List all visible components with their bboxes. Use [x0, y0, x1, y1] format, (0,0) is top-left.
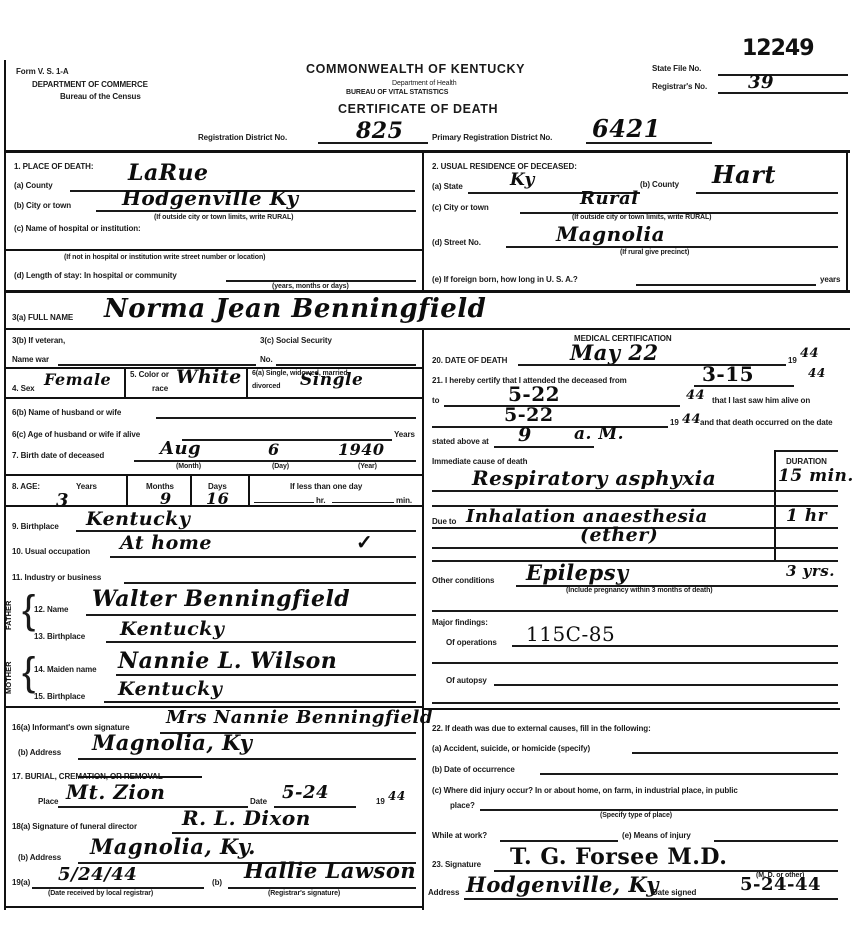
race-label: race	[152, 384, 168, 393]
registrar-signature: Hallie Lawson	[244, 858, 416, 883]
min-line	[332, 502, 394, 503]
date-signed-value: 5-24-44	[740, 874, 821, 895]
birth-date-line	[134, 460, 416, 462]
burial-year-value: 44	[388, 789, 406, 803]
cause-label: Immediate cause of death	[432, 457, 527, 466]
last-saw-year-prefix: 19	[670, 418, 679, 427]
sex-value: Female	[44, 370, 111, 389]
attend-to-line	[444, 405, 680, 407]
res-county-label: (b) County	[640, 180, 679, 189]
dept-commerce: DEPARTMENT OF COMMERCE	[32, 80, 148, 89]
operations-label: Of operations	[446, 638, 497, 647]
marital-label-2: divorced	[252, 383, 280, 390]
mother-name-line	[116, 674, 416, 676]
where-label: (c) Where did injury occur? In or about …	[432, 786, 738, 795]
center-divider-lower	[422, 330, 424, 910]
due-line-3	[432, 560, 838, 562]
hr-line	[254, 502, 314, 503]
reg-district-value: 825	[356, 118, 403, 144]
state-file-line	[718, 74, 848, 76]
attend-from-year: 44	[808, 366, 826, 380]
registrar-no-line	[718, 92, 848, 94]
father-birth-line	[106, 641, 416, 643]
attend-to-value: 5-22	[508, 382, 560, 406]
sex-divider	[124, 368, 126, 398]
full-name-label: 3(a) FULL NAME	[12, 313, 73, 322]
due-duration: 1 hr	[786, 506, 827, 526]
last-saw-line	[432, 426, 668, 428]
residence-heading: 2. USUAL RESIDENCE OF DECEASED:	[432, 162, 577, 171]
other-label: Other conditions	[432, 576, 494, 585]
informant-addr-label: (b) Address	[18, 748, 61, 757]
due-label: Due to	[432, 517, 456, 526]
other-note: (Include pregnancy within 3 months of de…	[566, 587, 713, 594]
bottom-rule	[4, 906, 424, 908]
spouse-line	[156, 417, 416, 419]
director-addr-value: Magnolia, Ky.	[90, 834, 256, 859]
physician-addr-line	[464, 898, 838, 900]
full-name-value: Norma Jean Benningfield	[104, 294, 486, 324]
occurrence-label: (b) Date of occurrence	[432, 765, 515, 774]
other-bottom-line	[432, 610, 838, 612]
father-birth-label: 13. Birthplace	[34, 632, 85, 641]
means-line	[714, 840, 838, 842]
res-street-label: (d) Street No.	[432, 238, 481, 247]
director-signature: R. L. Dixon	[182, 806, 311, 830]
operations-line	[512, 645, 838, 647]
ss-no-line	[276, 364, 416, 366]
age-div-2	[190, 475, 192, 505]
autopsy-label: Of autopsy	[446, 676, 487, 685]
burial-date-label: Date	[250, 797, 267, 806]
birth-month: Aug	[160, 438, 201, 459]
res-street-line	[506, 246, 838, 248]
primary-reg-label: Primary Registration District No.	[432, 133, 552, 142]
external-heading: 22. If death was due to external causes,…	[432, 724, 651, 733]
registrar-no-value: 39	[748, 72, 774, 93]
date-signed-label: Date signed	[652, 888, 696, 897]
accident-label: (a) Accident, suicide, or homicide (spec…	[432, 744, 590, 753]
occupation-line	[110, 556, 416, 558]
due-extra: (ether)	[580, 524, 658, 546]
res-street-note: (If rural give precinct)	[620, 249, 689, 256]
medical-bottom-rule	[424, 708, 840, 710]
hospital-note: (If not in hospital or institution write…	[64, 254, 265, 261]
reg-district-label: Registration District No.	[198, 133, 287, 142]
place-label: place?	[450, 801, 475, 810]
other-duration: 3 yrs.	[786, 562, 835, 580]
death-city-value: Hodgenville Ky	[122, 186, 299, 210]
attend-to-year: 44	[686, 388, 705, 403]
min-label: min.	[396, 496, 412, 505]
duration-label: DURATION	[786, 457, 827, 466]
left-border	[4, 60, 6, 910]
death-county-label: (a) County	[14, 181, 53, 190]
registrar-sig-label: (b)	[212, 878, 222, 887]
section-rule-3	[4, 290, 850, 293]
findings-label: Major findings:	[432, 618, 488, 627]
physician-addr-value: Hodgenville, Ky	[466, 872, 659, 897]
received-note: (Date received by local registrar)	[48, 890, 153, 897]
foreign-line	[636, 284, 816, 286]
father-name-label: 12. Name	[34, 605, 68, 614]
hospital-label: (c) Name of hospital or institution:	[14, 224, 141, 233]
last-saw-label: that I last saw him alive on	[712, 396, 810, 405]
mother-birth-value: Kentucky	[118, 678, 222, 700]
death-city-label: (b) City or town	[14, 201, 71, 210]
dept-health: Department of Health	[392, 80, 457, 87]
to-label: to	[432, 396, 439, 405]
res-state-value: Ky	[510, 170, 535, 190]
burial-place-label: Place	[38, 797, 58, 806]
ss-label: 3(c) Social Security	[260, 336, 332, 345]
spouse-age-unit: Years	[394, 430, 415, 439]
res-city-label: (c) City or town	[432, 203, 489, 212]
stay-label: (d) Length of stay: In hospital or commu…	[14, 271, 177, 280]
industry-label: 11. Industry or business	[12, 573, 101, 582]
place-death-heading: 1. PLACE OF DEATH:	[14, 162, 93, 171]
primary-reg-line	[586, 142, 712, 144]
cremation-strike	[78, 776, 202, 778]
form-number: Form V. S. 1-A	[16, 67, 69, 76]
race-divider	[246, 368, 248, 398]
attend-from-line	[694, 385, 794, 387]
name-war-label: Name war	[12, 355, 49, 364]
bureau-census: Bureau of the Census	[60, 92, 141, 101]
death-year-value: 44	[800, 346, 819, 361]
reg-district-line	[318, 142, 428, 144]
work-line	[500, 840, 618, 842]
primary-reg-value: 6421	[592, 114, 661, 143]
center-divider	[422, 152, 424, 292]
death-county-value: LaRue	[128, 160, 209, 186]
day-note: (Day)	[272, 463, 289, 470]
director-label: 18(a) Signature of funeral director	[12, 822, 137, 831]
top-thick-rule	[4, 150, 850, 153]
place-note: (Specify type of place)	[600, 812, 672, 819]
last-saw-year: 44	[682, 412, 701, 427]
operations-line-2	[432, 662, 838, 664]
cause-line-1	[432, 490, 838, 492]
occupation-value: At home	[120, 532, 212, 554]
means-label: (e) Means of injury	[622, 831, 691, 840]
father-side-label: FATHER	[4, 601, 13, 630]
birth-year: 1940	[338, 440, 385, 459]
death-occurred-label: and that death occurred on the date	[700, 418, 833, 427]
mother-side-label: MOTHER	[4, 662, 13, 695]
res-city-value: Rural	[580, 188, 639, 209]
certificate-title: CERTIFICATE OF DEATH	[338, 102, 498, 116]
less-day-label: If less than one day	[290, 482, 362, 491]
res-state-label: (a) State	[432, 182, 463, 191]
attend-from-value: 3-15	[702, 362, 754, 386]
ss-no-label: No.	[260, 355, 273, 364]
birth-date-label: 7. Birth date of deceased	[12, 451, 104, 460]
ampm-value: a. M.	[574, 424, 624, 444]
race-value: White	[176, 366, 242, 388]
age-years-value: 3	[56, 490, 69, 511]
cause-top-line	[774, 450, 838, 452]
last-saw-value: 5-22	[504, 404, 554, 426]
stay-note: (years, months or days)	[272, 283, 349, 290]
burial-date-value: 5-24	[282, 782, 329, 803]
stated-label: stated above at	[432, 437, 489, 446]
full-name-rule	[4, 328, 850, 330]
state-file-label: State File No.	[652, 64, 701, 73]
place-line	[480, 809, 838, 811]
cause-value: Respiratory asphyxia	[472, 466, 716, 490]
time-line	[494, 446, 594, 448]
autopsy-line-2	[432, 702, 838, 704]
month-note: (Month)	[176, 463, 201, 470]
father-name-line	[86, 614, 416, 616]
death-city-line	[96, 210, 416, 212]
age-years-label: Years	[76, 482, 97, 491]
mother-birth-label: 15. Birthplace	[34, 692, 85, 701]
autopsy-line	[494, 684, 838, 686]
birthplace-value: Kentucky	[86, 508, 190, 530]
informant-addr-line	[78, 758, 416, 760]
age-row-top	[6, 474, 422, 476]
age-row-bottom	[6, 505, 422, 507]
birthplace-label: 9. Birthplace	[12, 522, 59, 531]
color-label: 5. Color or	[130, 370, 169, 379]
occupation-label: 10. Usual occupation	[12, 547, 90, 556]
commonwealth-title: COMMONWEALTH OF KENTUCKY	[306, 62, 525, 76]
physician-sig-label: 23. Signature	[432, 860, 481, 869]
sex-label: 4. Sex	[12, 384, 35, 393]
right-border	[846, 152, 848, 290]
other-value: Epilepsy	[526, 560, 629, 585]
burial-place-value: Mt. Zion	[66, 780, 165, 804]
hr-label: hr.	[316, 496, 325, 505]
physician-addr-label: Address	[428, 888, 459, 897]
marital-value: Single	[300, 370, 363, 390]
checkmark-icon: ✓	[356, 530, 373, 554]
physician-signature: T. G. Forsee M.D.	[510, 844, 727, 870]
registrar-sig-line	[228, 887, 416, 889]
age-div-1	[126, 475, 128, 505]
mother-name-label: 14. Maiden name	[34, 665, 97, 674]
cause-duration: 15 min.	[778, 466, 854, 486]
industry-line	[124, 582, 416, 584]
mother-name-value: Nannie L. Wilson	[118, 648, 337, 674]
operations-value: 115C-85	[526, 622, 615, 646]
due-line-2	[432, 547, 838, 549]
death-year-prefix: 19	[788, 356, 797, 365]
death-date-value: May 22	[570, 340, 659, 365]
sex-row-bottom	[6, 397, 422, 399]
spouse-label: 6(b) Name of husband or wife	[12, 408, 121, 417]
foreign-label: (e) If foreign born, how long in U. S. A…	[432, 275, 578, 284]
informant-signature: Mrs Nannie Benningfield	[166, 707, 433, 728]
age-div-3	[248, 475, 250, 505]
veteran-label: 3(b) If veteran,	[12, 336, 65, 345]
stay-line	[226, 280, 416, 282]
received-line	[32, 887, 204, 889]
death-date-label: 20. DATE OF DEATH	[432, 356, 507, 365]
res-county-value: Hart	[712, 160, 776, 189]
work-label: While at work?	[432, 831, 487, 840]
received-label: 19(a)	[12, 878, 30, 887]
director-addr-label: (b) Address	[18, 853, 61, 862]
foreign-unit: years	[820, 275, 840, 284]
res-county-line	[696, 192, 838, 194]
bureau-vital: BUREAU OF VITAL STATISTICS	[346, 89, 448, 96]
res-street-value: Magnolia	[556, 222, 665, 246]
mother-birth-line	[104, 701, 416, 703]
accident-line	[632, 752, 838, 754]
occurrence-line	[540, 773, 838, 775]
age-label: 8. AGE:	[12, 482, 40, 491]
state-file-number: 12249	[742, 36, 814, 61]
res-city-note: (If outside city or town limits, write R…	[572, 214, 711, 221]
registrar-note: (Registrar's signature)	[268, 890, 340, 897]
time-value: 9	[518, 424, 532, 446]
spouse-age-label: 6(c) Age of husband or wife if alive	[12, 430, 140, 439]
informant-addr-value: Magnolia, Ky	[92, 730, 253, 755]
received-value: 5/24/44	[58, 864, 137, 885]
father-name-value: Walter Benningfield	[92, 586, 350, 612]
father-birth-value: Kentucky	[120, 618, 224, 640]
birth-day: 6	[268, 440, 280, 459]
registrar-no-label: Registrar's No.	[652, 82, 707, 91]
hospital-rule	[6, 249, 422, 251]
death-city-note: (If outside city or town limits, write R…	[154, 214, 293, 221]
burial-year-prefix: 19	[376, 797, 385, 806]
year-note: (Year)	[358, 463, 377, 470]
